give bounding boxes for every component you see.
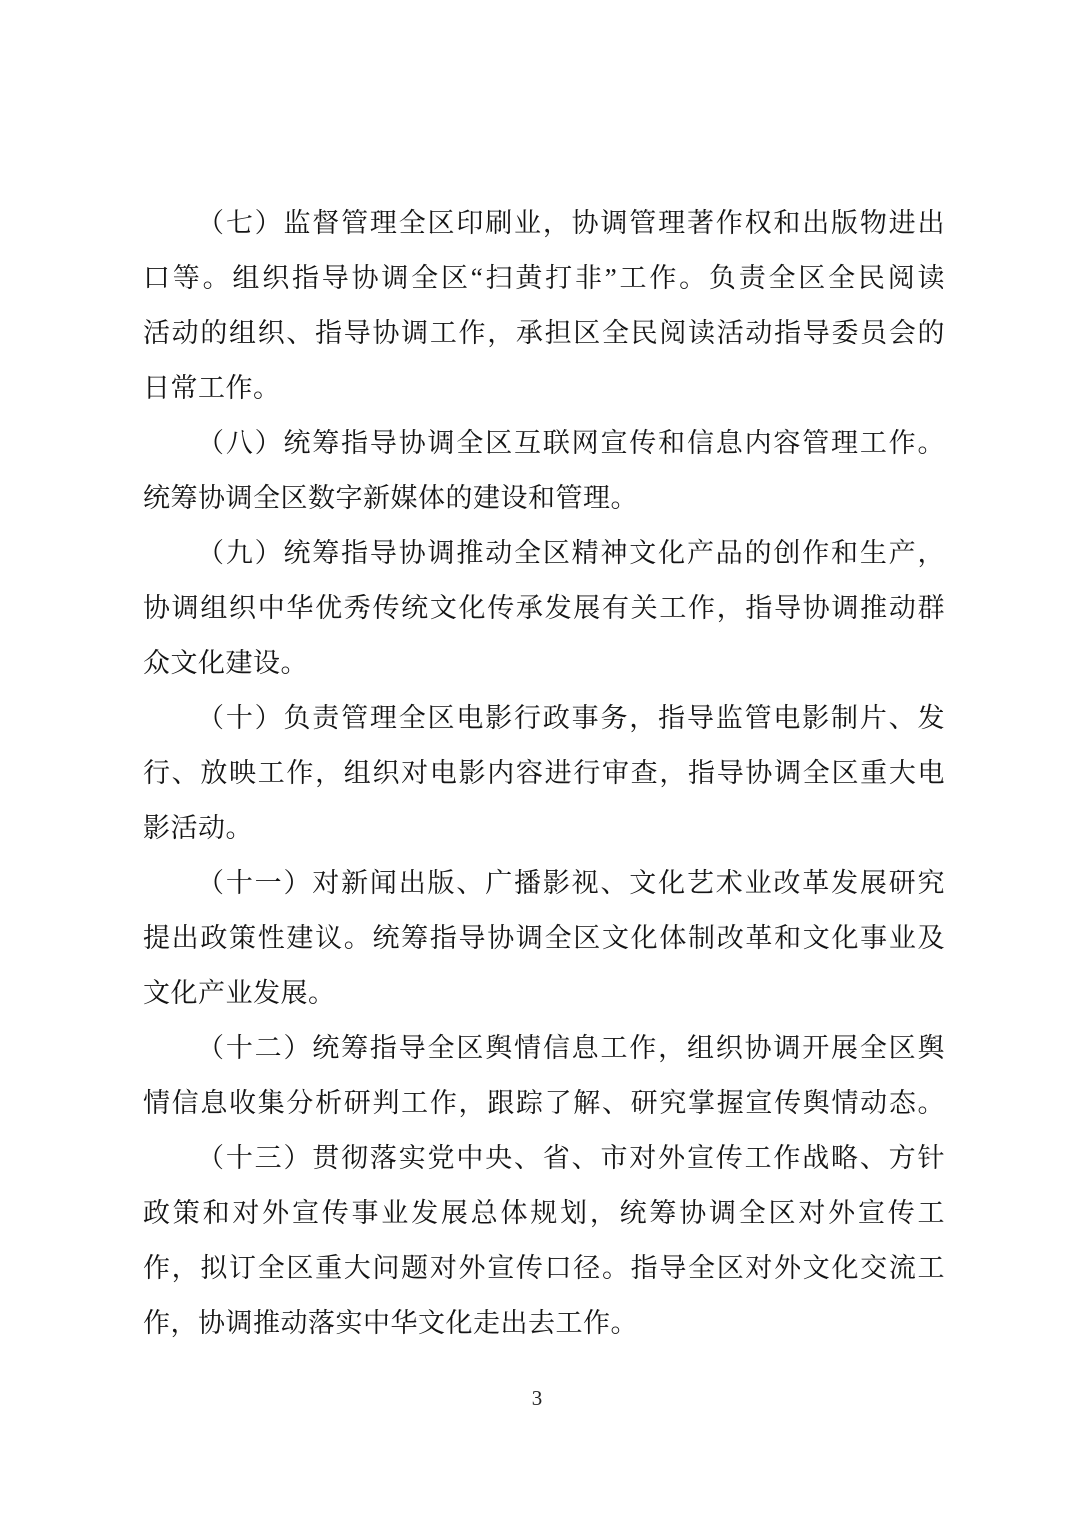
text-line: 协调组织中华优秀传统文化传承发展有关工作，指导协调推动群	[143, 581, 945, 636]
text-line: 活动的组织、指导协调工作，承担区全民阅读活动指导委员会的	[143, 306, 945, 361]
document-page: （七）监督管理全区印刷业，协调管理著作权和出版物进出口等。组织指导协调全区“扫黄…	[0, 0, 1074, 1520]
paragraph-item-八: （八）统筹指导协调全区互联网宣传和信息内容管理工作。统筹协调全区数字新媒体的建设…	[143, 416, 945, 526]
text-line: （十一）对新闻出版、广播影视、文化艺术业改革发展研究	[143, 856, 945, 911]
text-line: 作，拟订全区重大问题对外宣传口径。指导全区对外文化交流工	[143, 1241, 945, 1296]
text-line: 统筹协调全区数字新媒体的建设和管理。	[143, 471, 945, 526]
paragraph-item-十三: （十三）贯彻落实党中央、省、市对外宣传工作战略、方针政策和对外宣传事业发展总体规…	[143, 1131, 945, 1351]
text-line: 作，协调推动落实中华文化走出去工作。	[143, 1296, 945, 1351]
document-body: （七）监督管理全区印刷业，协调管理著作权和出版物进出口等。组织指导协调全区“扫黄…	[143, 196, 945, 1351]
text-line: （十二）统筹指导全区舆情信息工作，组织协调开展全区舆	[143, 1021, 945, 1076]
text-line: （十）负责管理全区电影行政事务，指导监管电影制片、发	[143, 691, 945, 746]
text-line: 影活动。	[143, 801, 945, 856]
text-line: 口等。组织指导协调全区“扫黄打非”工作。负责全区全民阅读	[143, 251, 945, 306]
paragraph-item-十: （十）负责管理全区电影行政事务，指导监管电影制片、发行、放映工作，组织对电影内容…	[143, 691, 945, 856]
paragraph-item-十一: （十一）对新闻出版、广播影视、文化艺术业改革发展研究提出政策性建议。统筹指导协调…	[143, 856, 945, 1021]
paragraph-item-九: （九）统筹指导协调推动全区精神文化产品的创作和生产，协调组织中华优秀传统文化传承…	[143, 526, 945, 691]
text-line: （九）统筹指导协调推动全区精神文化产品的创作和生产，	[143, 526, 945, 581]
text-line: 情信息收集分析研判工作，跟踪了解、研究掌握宣传舆情动态。	[143, 1076, 945, 1131]
text-line: 政策和对外宣传事业发展总体规划，统筹协调全区对外宣传工	[143, 1186, 945, 1241]
text-line: 众文化建设。	[143, 636, 945, 691]
page-number: 3	[0, 1383, 1074, 1413]
paragraph-item-七: （七）监督管理全区印刷业，协调管理著作权和出版物进出口等。组织指导协调全区“扫黄…	[143, 196, 945, 416]
text-line: （十三）贯彻落实党中央、省、市对外宣传工作战略、方针	[143, 1131, 945, 1186]
text-line: （七）监督管理全区印刷业，协调管理著作权和出版物进出	[143, 196, 945, 251]
text-line: （八）统筹指导协调全区互联网宣传和信息内容管理工作。	[143, 416, 945, 471]
text-line: 文化产业发展。	[143, 966, 945, 1021]
text-line: 提出政策性建议。统筹指导协调全区文化体制改革和文化事业及	[143, 911, 945, 966]
text-line: 日常工作。	[143, 361, 945, 416]
text-line: 行、放映工作，组织对电影内容进行审查，指导协调全区重大电	[143, 746, 945, 801]
paragraph-item-十二: （十二）统筹指导全区舆情信息工作，组织协调开展全区舆情信息收集分析研判工作，跟踪…	[143, 1021, 945, 1131]
